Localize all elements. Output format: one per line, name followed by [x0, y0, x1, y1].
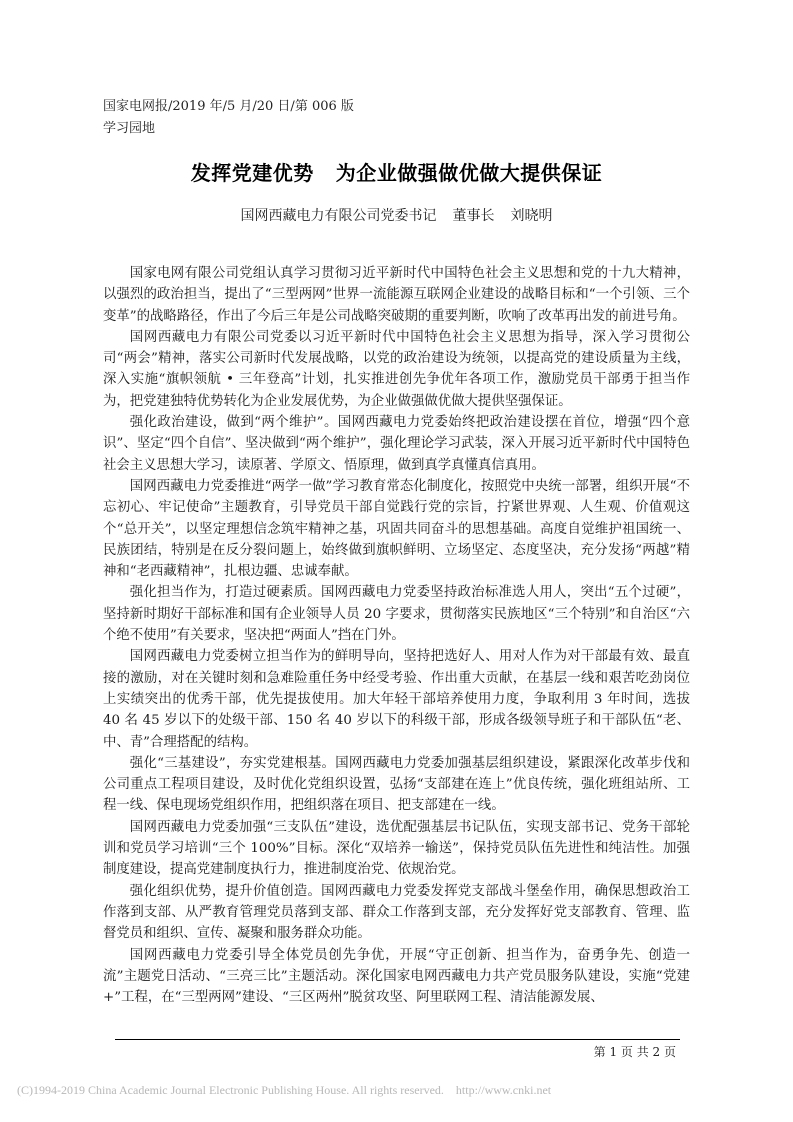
paragraph: 国网西藏电力党委加强“三支队伍”建设，选优配强基层书记队伍，实现支部书记、党务干…	[103, 817, 690, 881]
source-line: 国家电网报/2019 年/5 月/20 日/第 006 版	[103, 96, 354, 118]
title-part-2: 为企业做强做优做大提供保证	[336, 161, 603, 185]
page-number: 第 1 页 共 2 页	[594, 1043, 676, 1060]
author-name: 刘晓明	[511, 208, 553, 224]
paragraph: 国家电网有限公司党组认真学习贯彻习近平新时代中国特色社会主义思想和党的十九大精神…	[103, 263, 690, 327]
paragraph: 国网西藏电力党委树立担当作为的鲜明导向，坚持把选好人、用对人作为对干部最有效、最…	[103, 646, 690, 752]
document-header: 国家电网报/2019 年/5 月/20 日/第 006 版 学习园地	[103, 96, 354, 140]
column-name: 学习园地	[103, 118, 354, 140]
paragraph: 国网西藏电力有限公司党委以习近平新时代中国特色社会主义思想为指导，深入学习贯彻公…	[103, 327, 690, 412]
author-line: 国网西藏电力有限公司党委书记董事长刘晓明	[0, 205, 793, 225]
paragraph: 强化担当作为，打造过硬素质。国网西藏电力党委坚持政治标准选人用人，突出“五个过硬…	[103, 582, 690, 646]
copyright-footer: (C)1994-2019 China Academic Journal Elec…	[17, 1083, 551, 1098]
paragraph: 强化政治建设，做到“两个维护”。国网西藏电力党委始终把政治建设摆在首位，增强“四…	[103, 412, 690, 476]
title-part-1: 发挥党建优势	[191, 161, 314, 185]
paragraph: 国网西藏电力党委推进“两学一做”学习教育常态化制度化，按照党中央统一部署，组织开…	[103, 476, 690, 582]
article-body: 国家电网有限公司党组认真学习贯彻习近平新时代中国特色社会主义思想和党的十九大精神…	[103, 263, 690, 1008]
footer-divider	[115, 1039, 680, 1040]
paragraph: 强化组织优势，提升价值创造。国网西藏电力党委发挥党支部战斗堡垒作用，确保思想政治…	[103, 881, 690, 945]
paragraph: 国网西藏电力党委引导全体党员创先争优，开展“守正创新、担当作为，奋勇争先、创造一…	[103, 945, 690, 1009]
article-title: 发挥党建优势为企业做强做优做大提供保证	[0, 157, 793, 186]
paragraph: 强化“三基建设”，夯实党建根基。国网西藏电力党委加强基层组织建设，紧跟深化改革步…	[103, 753, 690, 817]
author-title: 董事长	[453, 208, 495, 224]
author-org: 国网西藏电力有限公司党委书记	[241, 208, 437, 224]
